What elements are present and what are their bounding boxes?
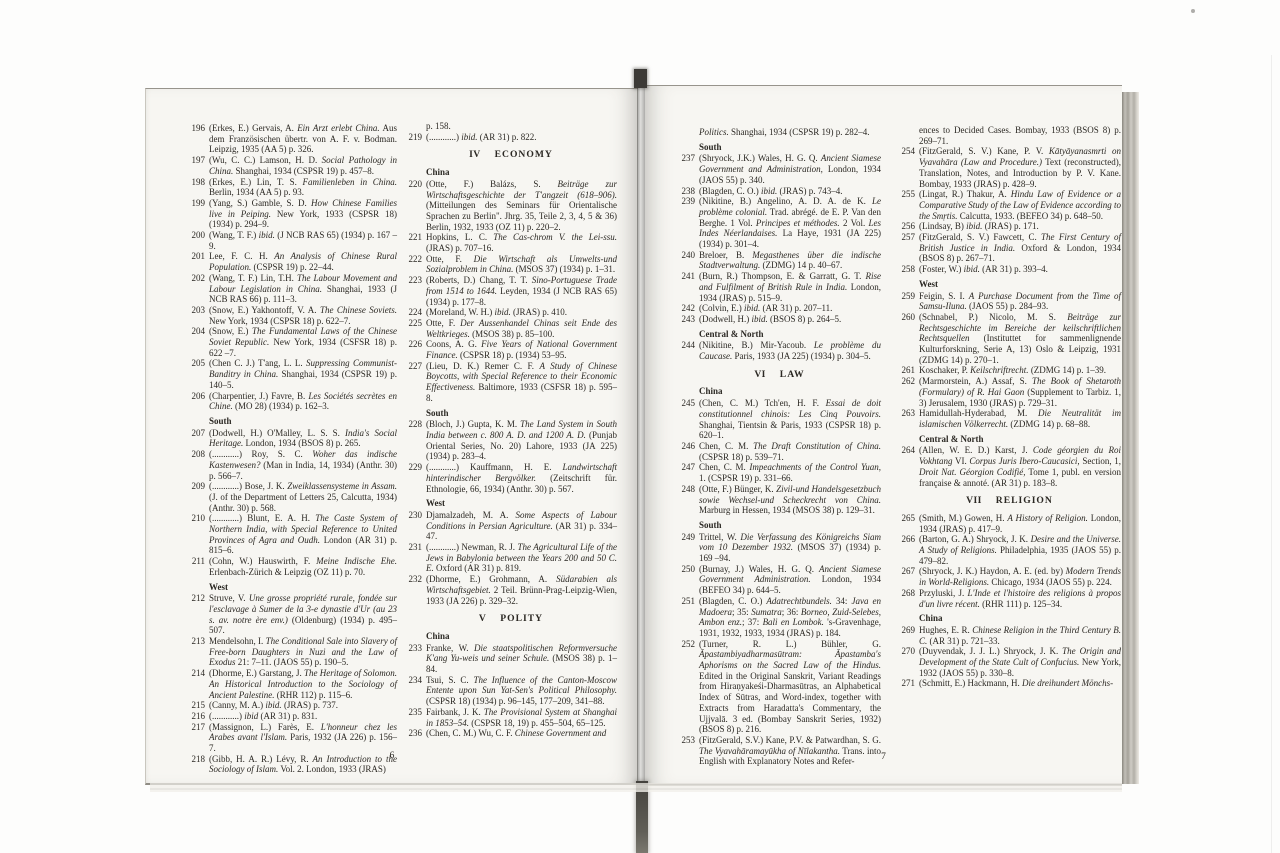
bib-entry: 215(Canny, M. A.) ibid. (JRAS) p. 737. xyxy=(188,700,397,711)
entry-number: 196 xyxy=(188,123,209,155)
bib-entry: 214(Dhorme, E.) Garstang, J. The Heritag… xyxy=(188,668,397,700)
right-page-column-2: ences to Decided Cases. Bombay, 1933 (BS… xyxy=(898,125,1121,689)
dust-speck xyxy=(1191,9,1195,13)
section-heading: VILAW xyxy=(678,370,881,381)
bib-entry: 271(Schmitt, E.) Hackmann, H. Die dreihu… xyxy=(898,678,1121,689)
bib-entry: 211(Cohn, W.) Hauswirth, F. Meine Indisc… xyxy=(188,556,397,577)
bib-entry: 270(Duyvendak, J. J. L.) Shryock, J. K. … xyxy=(898,646,1121,678)
entry-number: 267 xyxy=(898,566,919,587)
entry-text: (Shryock, J.K.) Wales, H. G. Q. Ancient … xyxy=(699,153,881,185)
entry-text: (Massignon, L.) Farès, E. L'honneur chez… xyxy=(209,722,397,754)
entry-number: 210 xyxy=(188,513,209,556)
entry-number: 232 xyxy=(405,574,426,606)
bib-entry: 220(Otte, F.) Balázs, S. Beiträge zur Wi… xyxy=(405,179,617,233)
entry-text: (Schnabel, P.) Nicolo, M. S. Beiträge zu… xyxy=(919,312,1121,366)
bib-entry: 206(Charpentier, J.) Favre, B. Les Socié… xyxy=(188,391,397,412)
entry-number: 223 xyxy=(405,275,426,307)
section-title: ECONOMY xyxy=(495,149,553,160)
entry-text: Chen, C. M. Impeachments of the Control … xyxy=(699,462,881,483)
bib-entry: 202(Wang, T. F.) Lin, T.H. The Labour Mo… xyxy=(188,273,397,305)
entry-text: (Yang, S.) Gamble, S. D. How Chinese Fam… xyxy=(209,198,397,230)
bib-entry: 205(Chen C. J.) T'ang, L. L. Suppressing… xyxy=(188,358,397,390)
entry-text: (Lieu, D. K.) Remer C. F. A Study of Chi… xyxy=(426,361,617,404)
entry-text: Struve, V. Une grosse propriété rurale, … xyxy=(209,593,397,636)
entry-text: (Bloch, J.) Gupta, K. M. The Land System… xyxy=(426,419,617,462)
page-number-left: 6 xyxy=(146,751,638,761)
bib-entry: 231(............) Newman, R. J. The Agri… xyxy=(405,542,617,574)
bib-entry: 203(Snow, E.) Yakhontoff, V. A. The Chin… xyxy=(188,305,397,326)
entry-number: 260 xyxy=(898,312,919,366)
page-edges-right xyxy=(1122,92,1139,784)
left-page-column-1: 196(Erkes, E.) Gervais, A. Ein Arzt erle… xyxy=(188,123,397,775)
entry-continuation: ences to Decided Cases. Bombay, 1933 (BS… xyxy=(919,125,1121,146)
entry-text: (Nikitine, B.) Mir-Yacoub. Le problème d… xyxy=(699,340,881,361)
entry-number: 258 xyxy=(898,264,919,275)
entry-text: (............) Kauffmann, H. E. Landwirt… xyxy=(426,462,617,494)
bib-entry: 224(Moreland, W. H.) ibid. (JRAS) p. 410… xyxy=(405,307,617,318)
bib-entry: 217(Massignon, L.) Farès, E. L'honneur c… xyxy=(188,722,397,754)
bib-entry: 221Hopkins, L. C. The Cas-chrom V. the L… xyxy=(405,232,617,253)
entry-number: 257 xyxy=(898,232,919,264)
entry-text: (Moreland, W. H.) ibid. (JRAS) p. 410. xyxy=(426,307,617,318)
entry-text: (Barton, G. A.) Shryock, J. K. Desire an… xyxy=(919,534,1121,566)
entry-number: 246 xyxy=(678,441,699,462)
bib-entry: 240Breloer, B. Megasthenes über die indi… xyxy=(678,250,881,271)
entry-number: 271 xyxy=(898,678,919,689)
entry-number: 259 xyxy=(898,291,919,312)
entry-number: 219 xyxy=(405,132,426,143)
section-numeral: VI xyxy=(754,369,765,380)
bib-entry: 225Otte, F. Der Aussenhandel Chinas seit… xyxy=(405,318,617,339)
entry-number: 217 xyxy=(188,722,209,754)
bib-entry: 263Hamidullah-Hyderabad, M. Die Neutrali… xyxy=(898,408,1121,429)
bib-entry: 260(Schnabel, P.) Nicolo, M. S. Beiträge… xyxy=(898,312,1121,366)
bib-entry: 230Djamalzadeh, M. A. Some Aspects of La… xyxy=(405,510,617,542)
bib-entry: 252(Turner, R. L.) Bühler, G. Āpastambiy… xyxy=(678,639,881,735)
entry-number: 214 xyxy=(188,668,209,700)
entry-number: 265 xyxy=(898,513,919,534)
entry-text: Hughes, E. R. Chinese Religion in the Th… xyxy=(919,625,1121,646)
bib-entry: 258(Foster, W.) ibid. (AR 31) p. 393–4. xyxy=(898,264,1121,275)
bib-entry: 212Struve, V. Une grosse propriété rural… xyxy=(188,593,397,636)
entry-text: Chen, C. M. The Draft Constitution of Ch… xyxy=(699,441,881,462)
entry-number: 230 xyxy=(405,510,426,542)
entry-number: 235 xyxy=(405,707,426,728)
section-title: RELIGION xyxy=(996,495,1053,506)
entry-text: (............) Roy, S. C. Woher das indi… xyxy=(209,449,397,481)
entry-number: 202 xyxy=(188,273,209,305)
entry-text: (Turner, R. L.) Bühler, G. Āpastambiyadh… xyxy=(699,639,881,735)
left-page-column-2: p. 158.219(............) ibid. (AR 31) p… xyxy=(405,121,617,739)
entry-number: 216 xyxy=(188,711,209,722)
entry-text: (Wang, T. F.) Lin, T.H. The Labour Movem… xyxy=(209,273,397,305)
entry-number: 256 xyxy=(898,221,919,232)
entry-number: 203 xyxy=(188,305,209,326)
entry-number: 211 xyxy=(188,556,209,577)
entry-number: 204 xyxy=(188,326,209,358)
region-heading: South xyxy=(699,142,881,153)
entry-text: (Shryock, J. K.) Haydon, A. E. (ed. by) … xyxy=(919,566,1121,587)
region-heading: China xyxy=(699,386,881,397)
entry-number: 209 xyxy=(188,481,209,513)
entry-continuation: p. 158. xyxy=(426,121,617,132)
entry-number: 198 xyxy=(188,177,209,198)
entry-text: (Canny, M. A.) ibid. (JRAS) p. 737. xyxy=(209,700,397,711)
entry-number: 251 xyxy=(678,596,699,639)
entry-text: (Marmorstein, A.) Assaf, S. The Book of … xyxy=(919,376,1121,408)
bib-entry: 196(Erkes, E.) Gervais, A. Ein Arzt erle… xyxy=(188,123,397,155)
bib-entry: 247Chen, C. M. Impeachments of the Contr… xyxy=(678,462,881,483)
bib-entry: 209(............) Bose, J. K. Zweiklasse… xyxy=(188,481,397,513)
entry-text: Feigin, S. I. A Purchase Document from t… xyxy=(919,291,1121,312)
bib-entry: 265(Smith, M.) Gowen, H. A History of Re… xyxy=(898,513,1121,534)
entry-number: 242 xyxy=(678,303,699,314)
entry-text: (Chen, C. M.) Wu, C. F. Chinese Governme… xyxy=(426,728,617,739)
entry-text: Tsui, S. C. The Influence of the Canton-… xyxy=(426,675,617,707)
entry-text: (Schmitt, E.) Hackmann, H. Die dreihunde… xyxy=(919,678,1121,689)
entry-text: Coons, A. G. Five Years of National Gove… xyxy=(426,339,617,360)
bib-entry: 237(Shryock, J.K.) Wales, H. G. Q. Ancie… xyxy=(678,153,881,185)
bib-entry: 244(Nikitine, B.) Mir-Yacoub. Le problèm… xyxy=(678,340,881,361)
entry-text: (FitzGerald, S. V.) Fawcett, C. The Firs… xyxy=(919,232,1121,264)
entry-text: (Foster, W.) ibid. (AR 31) p. 393–4. xyxy=(919,264,1121,275)
entry-text: (Blagden, C. O.) ibid. (JRAS) p. 743–4. xyxy=(699,186,881,197)
entry-text: (Chen C. J.) T'ang, L. L. Suppressing Co… xyxy=(209,358,397,390)
bib-entry: 264(Allen, W. E. D.) Karst, J. Code géor… xyxy=(898,445,1121,488)
bib-entry: 199(Yang, S.) Gamble, S. D. How Chinese … xyxy=(188,198,397,230)
entry-text: (Wang, T. F.) ibid. (J NCB RAS 65) (1934… xyxy=(209,230,397,251)
bib-entry: 234Tsui, S. C. The Influence of the Cant… xyxy=(405,675,617,707)
entry-number: 226 xyxy=(405,339,426,360)
entry-text: Mendelsohn, I. The Conditional Sale into… xyxy=(209,636,397,668)
section-title: POLITY xyxy=(500,613,543,624)
backdrop-edge-line xyxy=(1271,55,1272,853)
entry-text: (............) Bose, J. K. Zweiklassensy… xyxy=(209,481,397,513)
entry-number: 233 xyxy=(405,643,426,675)
entry-number: 215 xyxy=(188,700,209,711)
entry-text: (Lindsay, B) ibid. (JRAS) p. 171. xyxy=(919,221,1121,232)
entry-text: (Otte, F.) Balázs, S. Beiträge zur Wirts… xyxy=(426,179,617,233)
entry-text: (Dhorme, E.) Grohmann, A. Südarabien als… xyxy=(426,574,617,606)
region-heading: South xyxy=(209,416,397,427)
entry-number: 220 xyxy=(405,179,426,233)
bib-entry: 229(............) Kauffmann, H. E. Landw… xyxy=(405,462,617,494)
entry-text: (Otte, F.) Bünger, K. Zivil-und Handelsg… xyxy=(699,484,881,516)
entry-number: 225 xyxy=(405,318,426,339)
entry-text: Djamalzadeh, M. A. Some Aspects of Labou… xyxy=(426,510,617,542)
entry-number: 264 xyxy=(898,445,919,488)
entry-text: Koschaker, P. Keilschriftrecht. (ZDMG 14… xyxy=(919,365,1121,376)
entry-number: 224 xyxy=(405,307,426,318)
bib-entry: 197(Wu, C. C.) Lamson, H. D. Social Path… xyxy=(188,155,397,176)
bib-entry: 242(Colvin, E.) ibid. (AR 31) p. 207–11. xyxy=(678,303,881,314)
bib-entry: 208(............) Roy, S. C. Woher das i… xyxy=(188,449,397,481)
page-number-right: 7 xyxy=(645,752,1122,762)
entry-number: 269 xyxy=(898,625,919,646)
entry-number: 221 xyxy=(405,232,426,253)
section-heading: IVECONOMY xyxy=(405,150,617,161)
entry-continuation: Politics. Shanghai, 1934 (CSPSR 19) p. 2… xyxy=(699,127,881,138)
section-numeral: VII xyxy=(966,495,982,506)
bib-entry: 228(Bloch, J.) Gupta, K. M. The Land Sys… xyxy=(405,419,617,462)
entry-text: Trittel, W. Die Verfassung des Königreic… xyxy=(699,532,881,564)
bib-entry: 241(Burn, R.) Thompson, E. & Garratt, G.… xyxy=(678,271,881,303)
bib-entry: 256(Lindsay, B) ibid. (JRAS) p. 171. xyxy=(898,221,1121,232)
bib-entry: 254(FitzGerald, S. V.) Kane, P. V. Kātyā… xyxy=(898,146,1121,189)
entry-number: 222 xyxy=(405,254,426,275)
entry-number: 201 xyxy=(188,251,209,272)
entry-number: 228 xyxy=(405,419,426,462)
entry-text: (Snow, E.) The Fundamental Laws of the C… xyxy=(209,326,397,358)
entry-text: (Smith, M.) Gowen, H. A History of Relig… xyxy=(919,513,1121,534)
section-heading: VPOLITY xyxy=(405,614,617,625)
region-heading: West xyxy=(209,582,397,593)
entry-number: 245 xyxy=(678,398,699,441)
entry-text: (Roberts, D.) Chang, T. T. Sino-Portugue… xyxy=(426,275,617,307)
entry-text: Hamidullah-Hyderabad, M. Die Neutralität… xyxy=(919,408,1121,429)
region-heading: West xyxy=(426,498,617,509)
bib-entry: 262(Marmorstein, A.) Assaf, S. The Book … xyxy=(898,376,1121,408)
entry-text: (Erkes, E.) Lin, T. S. Familienleben in … xyxy=(209,177,397,198)
entry-number: 212 xyxy=(188,593,209,636)
bib-entry: 216(............) ibid (AR 31) p. 831. xyxy=(188,711,397,722)
entry-text: (Dodwell, H.) O'Malley, L. S. S. India's… xyxy=(209,428,397,449)
entry-text: (Allen, W. E. D.) Karst, J. Code géorgie… xyxy=(919,445,1121,488)
section-title: LAW xyxy=(780,369,805,380)
entry-text: (FitzGerald, S. V.) Kane, P. V. Kātyāyan… xyxy=(919,146,1121,189)
entry-text: Franke, W. Die staatspolitischen Reformv… xyxy=(426,643,617,675)
bib-entry: 210(............) Blunt, E. A. H. The Ca… xyxy=(188,513,397,556)
entry-number: 231 xyxy=(405,542,426,574)
entry-text: (............) Newman, R. J. The Agricul… xyxy=(426,542,617,574)
bib-entry: 198(Erkes, E.) Lin, T. S. Familienleben … xyxy=(188,177,397,198)
right-page: Politics. Shanghai, 1934 (CSPSR 19) p. 2… xyxy=(645,85,1122,786)
entry-number: 255 xyxy=(898,189,919,221)
left-page: 196(Erkes, E.) Gervais, A. Ein Arzt erle… xyxy=(145,88,638,785)
entry-text: Przyluski, J. L'Inde et l'histoire des r… xyxy=(919,588,1121,609)
entry-number: 243 xyxy=(678,314,699,325)
entry-number: 236 xyxy=(405,728,426,739)
entry-text: (Dhorme, E.) Garstang, J. The Heritage o… xyxy=(209,668,397,700)
bib-entry: 233Franke, W. Die staatspolitischen Refo… xyxy=(405,643,617,675)
entry-text: (Colvin, E.) ibid. (AR 31) p. 207–11. xyxy=(699,303,881,314)
bib-entry: 227(Lieu, D. K.) Remer C. F. A Study of … xyxy=(405,361,617,404)
bib-entry: 248(Otte, F.) Bünger, K. Zivil-und Hande… xyxy=(678,484,881,516)
entry-number: 197 xyxy=(188,155,209,176)
section-numeral: IV xyxy=(469,149,480,160)
entry-text: Hopkins, L. C. The Cas-chrom V. the Lei-… xyxy=(426,232,617,253)
entry-number: 270 xyxy=(898,646,919,678)
entry-number: 261 xyxy=(898,365,919,376)
region-heading: South xyxy=(426,408,617,419)
bib-entry: 204(Snow, E.) The Fundamental Laws of th… xyxy=(188,326,397,358)
bib-entry: 243(Dodwell, H.) ibid. (BSOS 8) p. 264–5… xyxy=(678,314,881,325)
entry-text: Breloer, B. Megasthenes über die indisch… xyxy=(699,250,881,271)
bib-entry: 219(............) ibid. (AR 31) p. 822. xyxy=(405,132,617,143)
book-scan: 196(Erkes, E.) Gervais, A. Ein Arzt erle… xyxy=(0,0,1280,853)
bib-entry: 261Koschaker, P. Keilschriftrecht. (ZDMG… xyxy=(898,365,1121,376)
entry-number: 262 xyxy=(898,376,919,408)
entry-number: 238 xyxy=(678,186,699,197)
region-heading: China xyxy=(426,167,617,178)
bib-entry: 207(Dodwell, H.) O'Malley, L. S. S. Indi… xyxy=(188,428,397,449)
bib-entry: 201Lee, F. C. H. An Analysis of Chinese … xyxy=(188,251,397,272)
entry-text: (............) Blunt, E. A. H. The Caste… xyxy=(209,513,397,556)
bib-entry: 235Fairbank, J. K. The Provisional Syste… xyxy=(405,707,617,728)
entry-number: 241 xyxy=(678,271,699,303)
region-heading: South xyxy=(699,520,881,531)
bib-entry: 223(Roberts, D.) Chang, T. T. Sino-Portu… xyxy=(405,275,617,307)
entry-number: 248 xyxy=(678,484,699,516)
entry-text: Lee, F. C. H. An Analysis of Chinese Rur… xyxy=(209,251,397,272)
bib-entry: 226Coons, A. G. Five Years of National G… xyxy=(405,339,617,360)
entry-number: 208 xyxy=(188,449,209,481)
region-heading: China xyxy=(426,631,617,642)
bib-entry: 268Przyluski, J. L'Inde et l'histoire de… xyxy=(898,588,1121,609)
bib-entry: 238(Blagden, C. O.) ibid. (JRAS) p. 743–… xyxy=(678,186,881,197)
entry-text: Otte, F. Der Aussenhandel Chinas seit En… xyxy=(426,318,617,339)
bib-entry: 250(Burnay, J.) Wales, H. G. Q. Ancient … xyxy=(678,564,881,596)
bib-entry: 266(Barton, G. A.) Shryock, J. K. Desire… xyxy=(898,534,1121,566)
entry-number: 199 xyxy=(188,198,209,230)
bib-entry: 267(Shryock, J. K.) Haydon, A. E. (ed. b… xyxy=(898,566,1121,587)
book-spine-seam xyxy=(637,85,645,783)
bib-entry: 222Otte, F. Die Wirtschaft als Umwelts-u… xyxy=(405,254,617,275)
entry-text: (Dodwell, H.) ibid. (BSOS 8) p. 264–5. xyxy=(699,314,881,325)
bib-entry: 257(FitzGerald, S. V.) Fawcett, C. The F… xyxy=(898,232,1121,264)
entry-text: (............) ibid (AR 31) p. 831. xyxy=(209,711,397,722)
entry-number: 254 xyxy=(898,146,919,189)
region-heading: West xyxy=(919,279,1121,290)
entry-text: (Snow, E.) Yakhontoff, V. A. The Chinese… xyxy=(209,305,397,326)
entry-number: 207 xyxy=(188,428,209,449)
entry-text: (Nikitine, B.) Angelino, A. D. A. de K. … xyxy=(699,196,881,250)
entry-number: 263 xyxy=(898,408,919,429)
entry-number: 237 xyxy=(678,153,699,185)
entry-text: (Duyvendak, J. J. L.) Shryock, J. K. The… xyxy=(919,646,1121,678)
page-edges-bottom xyxy=(150,783,1122,792)
entry-number: 266 xyxy=(898,534,919,566)
entry-number: 244 xyxy=(678,340,699,361)
entry-text: (Erkes, E.) Gervais, A. Ein Arzt erlebt … xyxy=(209,123,397,155)
right-page-column-1: Politics. Shanghai, 1934 (CSPSR 19) p. 2… xyxy=(678,127,881,767)
entry-number: 249 xyxy=(678,532,699,564)
region-heading: China xyxy=(919,613,1121,624)
entry-number: 252 xyxy=(678,639,699,735)
book-spine-top xyxy=(634,69,647,88)
entry-number: 213 xyxy=(188,636,209,668)
entry-number: 227 xyxy=(405,361,426,404)
bib-entry: 232(Dhorme, E.) Grohmann, A. Südarabien … xyxy=(405,574,617,606)
bib-entry: 245(Chen, C. M.) Tch'en, H. F. Essai de … xyxy=(678,398,881,441)
entry-number: 250 xyxy=(678,564,699,596)
bib-entry: 251(Blagden, C. O.) Adatrechtbundels. 34… xyxy=(678,596,881,639)
bib-entry: 259Feigin, S. I. A Purchase Document fro… xyxy=(898,291,1121,312)
entry-number: 239 xyxy=(678,196,699,250)
entry-number: 229 xyxy=(405,462,426,494)
bib-entry: 236(Chen, C. M.) Wu, C. F. Chinese Gover… xyxy=(405,728,617,739)
bib-entry: 246Chen, C. M. The Draft Constitution of… xyxy=(678,441,881,462)
entry-text: (............) ibid. (AR 31) p. 822. xyxy=(426,132,617,143)
bib-entry: 269Hughes, E. R. Chinese Religion in the… xyxy=(898,625,1121,646)
bib-entry: 239(Nikitine, B.) Angelino, A. D. A. de … xyxy=(678,196,881,250)
bib-entry: 255(Lingat, R.) Thakur, A. Hindu Law of … xyxy=(898,189,1121,221)
region-heading: Central & North xyxy=(919,434,1121,445)
bib-entry: 200(Wang, T. F.) ibid. (J NCB RAS 65) (1… xyxy=(188,230,397,251)
entry-text: (Burn, R.) Thompson, E. & Garratt, G. T.… xyxy=(699,271,881,303)
entry-number: 240 xyxy=(678,250,699,271)
bib-entry: 213Mendelsohn, I. The Conditional Sale i… xyxy=(188,636,397,668)
entry-number: 206 xyxy=(188,391,209,412)
bib-entry: 249Trittel, W. Die Verfassung des Königr… xyxy=(678,532,881,564)
entry-number: 268 xyxy=(898,588,919,609)
entry-text: (Chen, C. M.) Tch'en, H. F. Essai de doi… xyxy=(699,398,881,441)
entry-text: (Blagden, C. O.) Adatrechtbundels. 34: J… xyxy=(699,596,881,639)
entry-number: 247 xyxy=(678,462,699,483)
entry-text: (Wu, C. C.) Lamson, H. D. Social Patholo… xyxy=(209,155,397,176)
entry-text: (Lingat, R.) Thakur, A. Hindu Law of Evi… xyxy=(919,189,1121,221)
entry-text: Fairbank, J. K. The Provisional System a… xyxy=(426,707,617,728)
entry-number: 234 xyxy=(405,675,426,707)
entry-text: (Charpentier, J.) Favre, B. Les Sociétés… xyxy=(209,391,397,412)
region-heading: Central & North xyxy=(699,329,881,340)
entry-text: (Burnay, J.) Wales, H. G. Q. Ancient Sia… xyxy=(699,564,881,596)
entry-number: 200 xyxy=(188,230,209,251)
entry-number: 205 xyxy=(188,358,209,390)
section-heading: VIIRELIGION xyxy=(898,496,1121,507)
entry-text: Otte, F. Die Wirtschaft als Umwelts-und … xyxy=(426,254,617,275)
section-numeral: V xyxy=(479,613,486,624)
entry-text: (Cohn, W.) Hauswirth, F. Meine Indische … xyxy=(209,556,397,577)
